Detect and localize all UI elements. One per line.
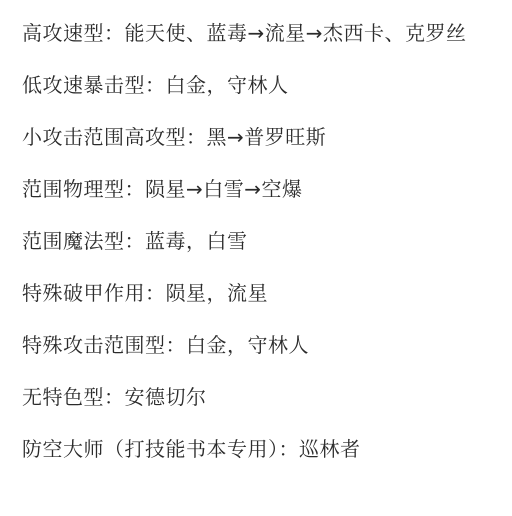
- operator-list: 安德切尔: [125, 385, 207, 409]
- operator-list: 能天使、蓝毒→流星→杰西卡、克罗丝: [125, 21, 467, 45]
- paragraph-small-range-high-attack: 小攻击范围高攻型：黑→普罗旺斯: [22, 120, 502, 155]
- paragraph-low-speed-crit: 低攻速暴击型：白金，守林人: [22, 68, 502, 103]
- operator-list: 陨星，流星: [166, 281, 269, 305]
- paragraph-no-feature: 无特色型：安德切尔: [22, 380, 502, 415]
- separator: ：: [125, 177, 146, 201]
- operator-list: 蓝毒，白雪: [145, 229, 248, 253]
- separator: ：: [145, 73, 166, 97]
- category-label: 范围物理型: [22, 177, 125, 201]
- paragraph-aoe-magic: 范围魔法型：蓝毒，白雪: [22, 224, 502, 259]
- category-label: 低攻速暴击型: [22, 73, 145, 97]
- category-label: 特殊攻击范围型: [22, 333, 166, 357]
- paragraph-special-range: 特殊攻击范围型：白金，守林人: [22, 328, 502, 363]
- paragraph-anti-air: 防空大师（打技能书本专用）：巡林者: [22, 432, 502, 467]
- separator: ：: [125, 229, 146, 253]
- separator: ：: [166, 333, 187, 357]
- category-label: 防空大师（打技能书本专用）: [22, 437, 279, 461]
- operator-list: 白金，守林人: [186, 333, 309, 357]
- separator: ：: [279, 437, 300, 461]
- operator-list: 陨星→白雪→空爆: [145, 177, 303, 201]
- separator: ：: [145, 281, 166, 305]
- operator-list: 巡林者: [299, 437, 361, 461]
- category-label: 范围魔法型: [22, 229, 125, 253]
- category-label: 高攻速型: [22, 21, 104, 45]
- paragraph-high-attack-speed: 高攻速型：能天使、蓝毒→流星→杰西卡、克罗丝: [22, 16, 502, 51]
- operator-list: 白金，守林人: [166, 73, 289, 97]
- category-label: 无特色型: [22, 385, 104, 409]
- separator: ：: [104, 385, 125, 409]
- separator: ：: [104, 21, 125, 45]
- category-label: 小攻击范围高攻型: [22, 125, 186, 149]
- separator: ：: [186, 125, 207, 149]
- category-label: 特殊破甲作用: [22, 281, 145, 305]
- operator-list: 黑→普罗旺斯: [207, 125, 327, 149]
- paragraph-armor-break: 特殊破甲作用：陨星，流星: [22, 276, 502, 311]
- paragraph-aoe-physical: 范围物理型：陨星→白雪→空爆: [22, 172, 502, 207]
- document-body: 高攻速型：能天使、蓝毒→流星→杰西卡、克罗丝 低攻速暴击型：白金，守林人 小攻击…: [22, 16, 502, 484]
